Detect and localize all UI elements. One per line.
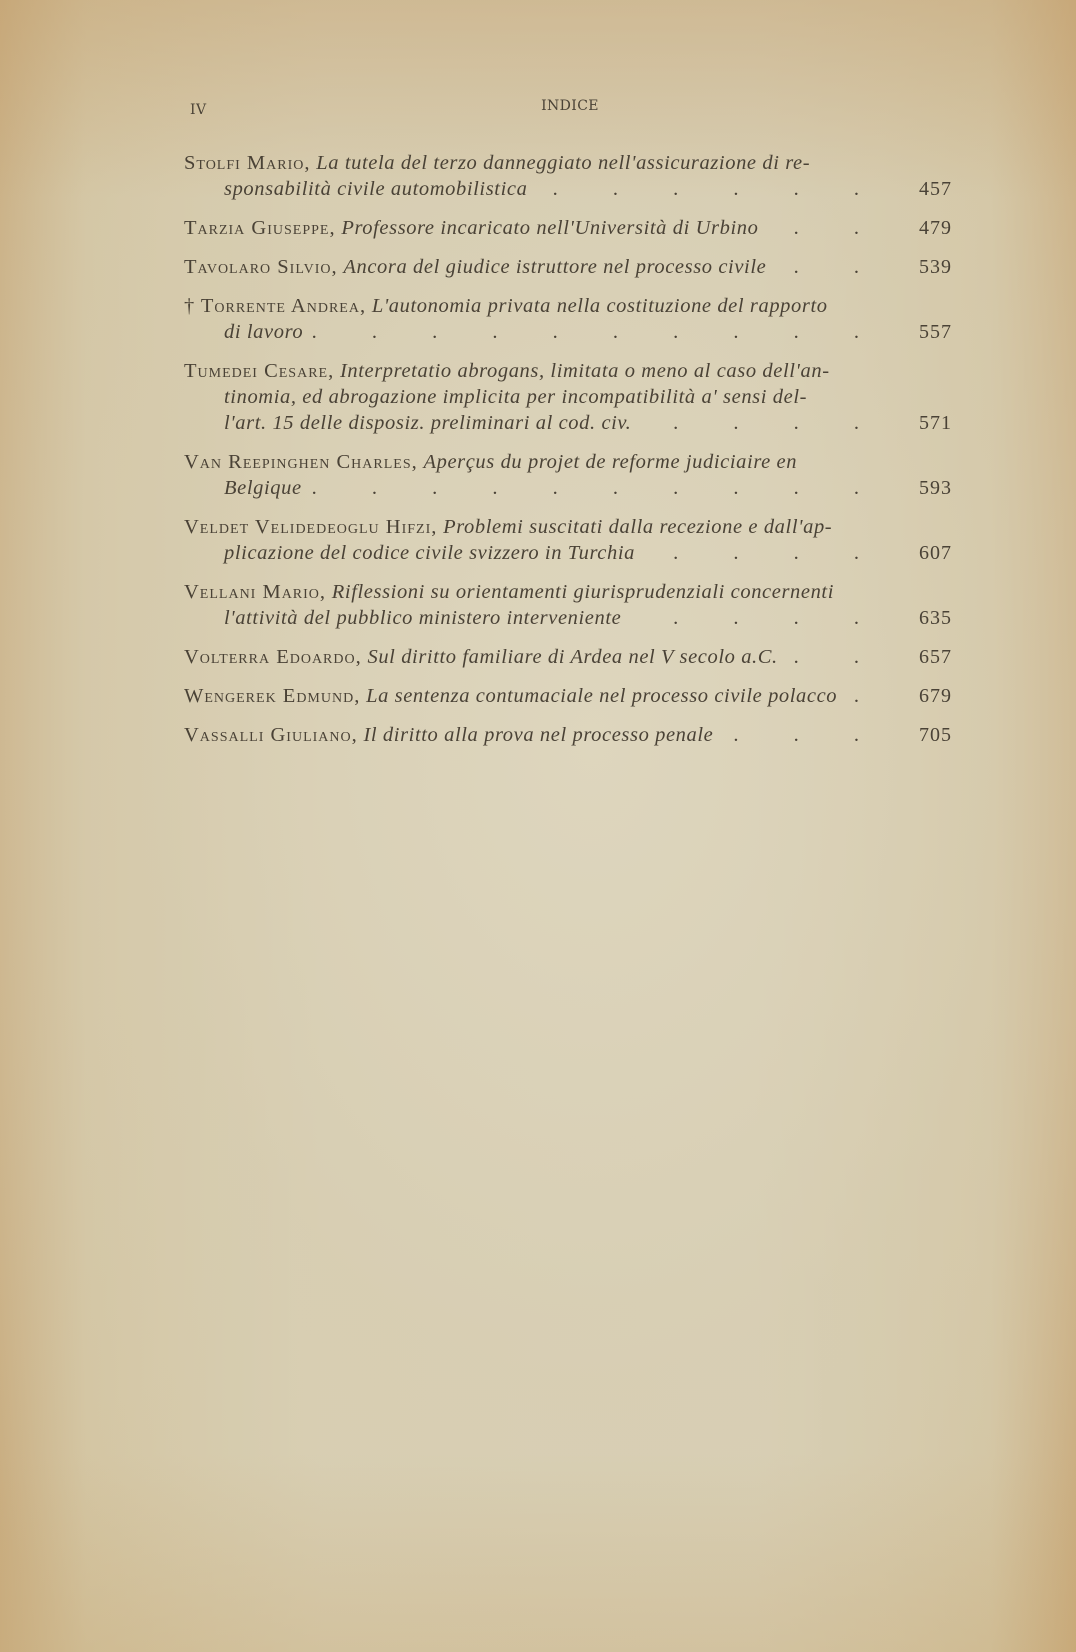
toc-entry: Tavolaro Silvio, Ancora del giudice istr… — [184, 254, 952, 280]
entry-page-number: 657 — [892, 644, 952, 670]
entry-page-number: 607 — [892, 540, 952, 566]
entry-author: Volterra Edoardo, — [184, 646, 362, 668]
table-of-contents: Stolfi Mario, La tutela del terzo danneg… — [184, 150, 952, 761]
entry-page-number: 479 — [892, 215, 952, 241]
entry-title-line: La sentenza contumaciale nel processo ci… — [366, 685, 837, 707]
dot-leader: . . . . . . . . . . . . . . . . . . . . … — [631, 410, 884, 436]
entry-title-line: Interpretatio abrogans, limitata o meno … — [340, 360, 830, 382]
entry-title-line: Professore incaricato nell'Università di… — [341, 217, 758, 239]
entry-title-line: l'attività del pubblico ministero interv… — [224, 605, 621, 631]
entry-author: Vassalli Giuliano, — [184, 724, 358, 746]
toc-entry: Vellani Mario, Riflessioni su orientamen… — [184, 579, 952, 631]
entry-page-number: 557 — [892, 319, 952, 345]
toc-entry: Van Reepinghen Charles, Aperçus du proje… — [184, 449, 952, 501]
entry-title-line: L'autonomia privata nella costituzione d… — [372, 295, 828, 317]
entry-page-number: 593 — [892, 475, 952, 501]
toc-entry: †Torrente Andrea, L'autonomia privata ne… — [184, 293, 952, 345]
entry-title-line: l'art. 15 delle disposiz. preliminari al… — [224, 410, 631, 436]
dot-leader: . . . . . . . . . . . . . . . . . . . . … — [766, 254, 884, 280]
toc-entry: Tumedei Cesare, Interpretatio abrogans, … — [184, 358, 952, 436]
dot-leader: . . . . . . . . . . . . . . . . . . . . … — [713, 722, 884, 748]
dagger-icon: † — [184, 295, 195, 317]
toc-entry: Volterra Edoardo, Sul diritto familiare … — [184, 644, 952, 670]
entry-title-line: plicazione del codice civile svizzero in… — [224, 540, 635, 566]
entry-page-number: 679 — [892, 683, 952, 709]
entry-author: Wengerek Edmund, — [184, 685, 360, 707]
entry-author: Tumedei Cesare, — [184, 360, 334, 382]
dot-leader: . . . . . . . . . . . . . . . . . . . . … — [837, 683, 884, 709]
entry-author: Veldet Velidedeoglu Hifzi, — [184, 516, 437, 538]
running-title: INDICE — [190, 98, 950, 114]
entry-title-line: di lavoro — [224, 319, 303, 345]
entry-title-line: Riflessioni su orientamenti giurispruden… — [332, 581, 834, 603]
entry-author: Tavolaro Silvio, — [184, 256, 338, 278]
dot-leader: . . . . . . . . . . . . . . . . . . . . … — [635, 540, 884, 566]
dot-leader: . . . . . . . . . . . . . . . . . . . . … — [778, 644, 884, 670]
running-head: IV INDICE — [190, 98, 950, 118]
toc-entry: Stolfi Mario, La tutela del terzo danneg… — [184, 150, 952, 202]
entry-page-number: 457 — [892, 176, 952, 202]
entry-author: Tarzia Giuseppe, — [184, 217, 336, 239]
entry-page-number: 571 — [892, 410, 952, 436]
entry-title-line: Ancora del giudice istruttore nel proces… — [343, 256, 766, 278]
entry-title-line: tinomia, ed abrogazione implicita per in… — [224, 386, 807, 408]
toc-entry: Wengerek Edmund, La sentenza contumacial… — [184, 683, 952, 709]
dot-leader: . . . . . . . . . . . . . . . . . . . . … — [527, 176, 884, 202]
entry-title-line: Problemi suscitati dalla recezione e dal… — [443, 516, 832, 538]
toc-entry: Tarzia Giuseppe, Professore incaricato n… — [184, 215, 952, 241]
dot-leader: . . . . . . . . . . . . . . . . . . . . … — [303, 319, 884, 345]
toc-entry: Vassalli Giuliano, Il diritto alla prova… — [184, 722, 952, 748]
toc-entry: Veldet Velidedeoglu Hifzi, Problemi susc… — [184, 514, 952, 566]
book-page: IV INDICE Stolfi Mario, La tutela del te… — [0, 0, 1076, 1652]
entry-author: Van Reepinghen Charles, — [184, 451, 418, 473]
entry-title-line: Il diritto alla prova nel processo penal… — [363, 724, 713, 746]
dot-leader: . . . . . . . . . . . . . . . . . . . . … — [758, 215, 884, 241]
dot-leader: . . . . . . . . . . . . . . . . . . . . … — [621, 605, 884, 631]
entry-author: Vellani Mario, — [184, 581, 326, 603]
entry-title-line: La tutela del terzo danneggiato nell'ass… — [316, 152, 810, 174]
entry-author: Stolfi Mario, — [184, 152, 311, 174]
entry-title-line: Belgique — [224, 475, 302, 501]
entry-title-line: Sul diritto familiare di Ardea nel V sec… — [367, 646, 777, 668]
entry-title-line: sponsabilità civile automobilistica — [224, 176, 527, 202]
entry-page-number: 539 — [892, 254, 952, 280]
entry-author: Torrente Andrea, — [201, 295, 366, 317]
dot-leader: . . . . . . . . . . . . . . . . . . . . … — [302, 475, 884, 501]
entry-page-number: 635 — [892, 605, 952, 631]
entry-title-line: Aperçus du projet de reforme judiciaire … — [423, 451, 797, 473]
entry-page-number: 705 — [892, 722, 952, 748]
